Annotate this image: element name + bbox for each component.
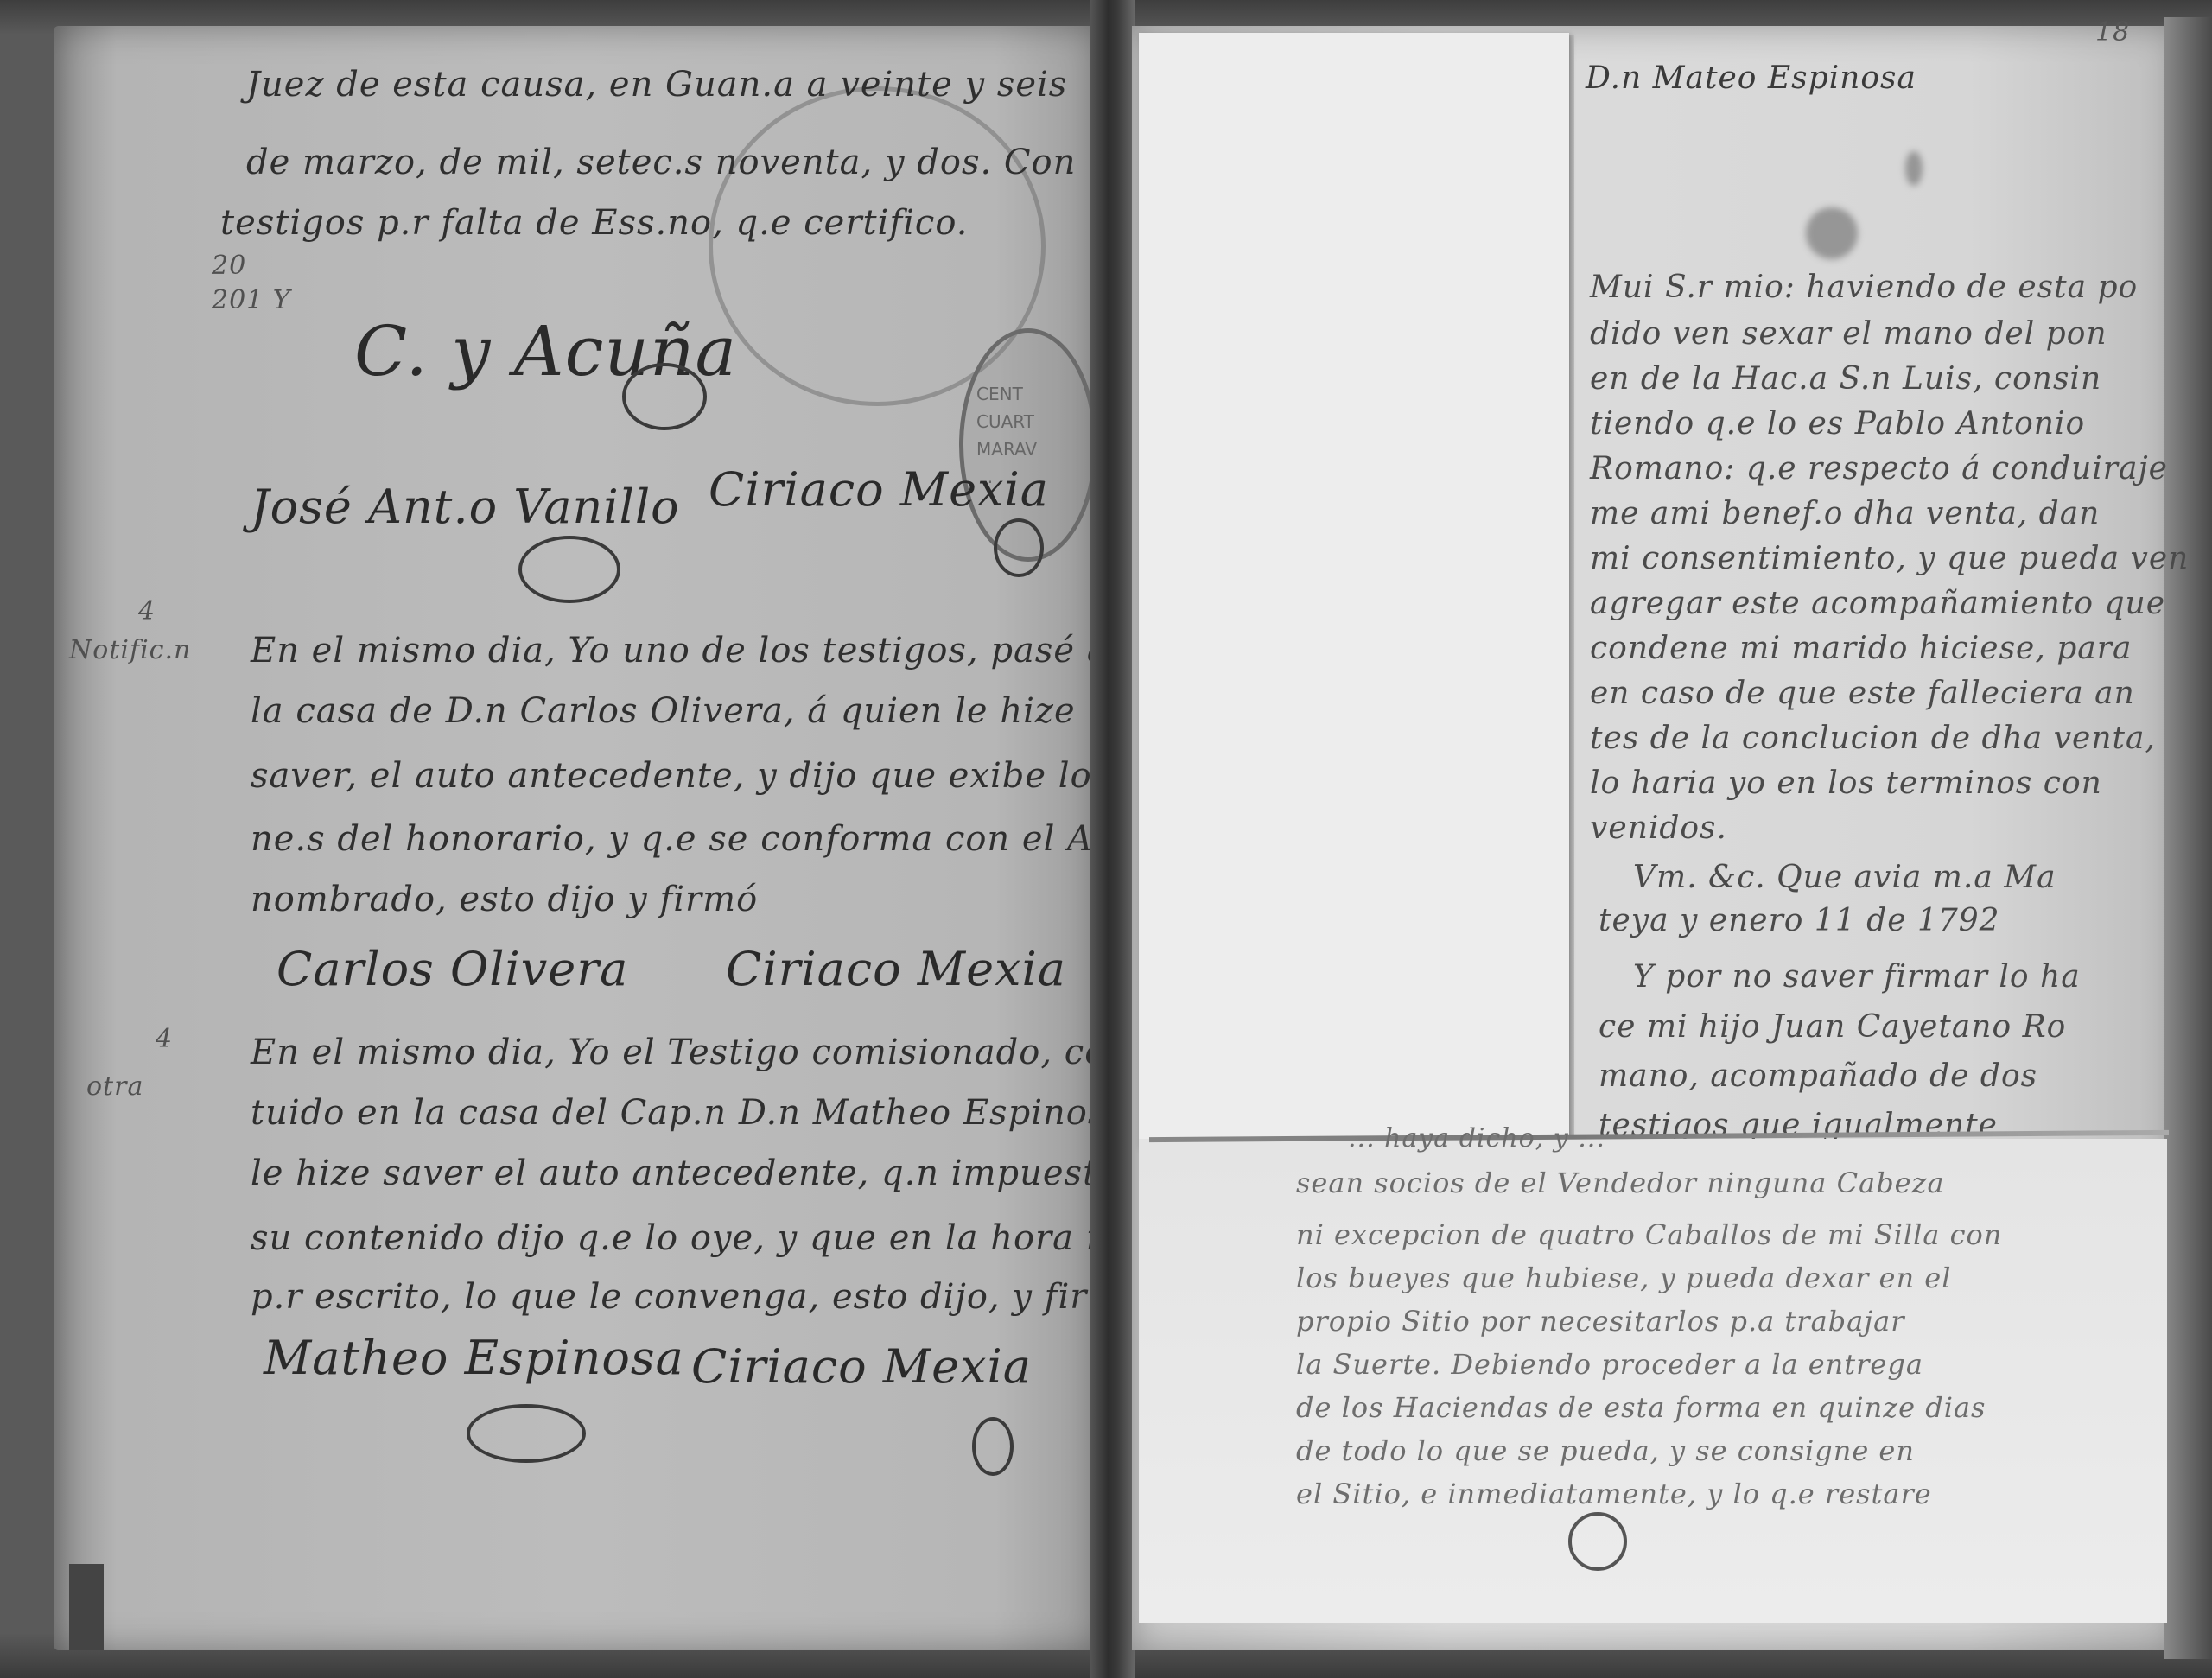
para1-line-3: saver, el auto antecedente, y dijo que e…: [251, 756, 1157, 796]
margin-note-notificacion: Notific.n: [69, 635, 191, 665]
fold-line-6: la Suerte. Debiendo proceder a la entreg…: [1296, 1348, 1923, 1381]
signature-vanillo: José Ant.o Vanillo: [251, 480, 680, 534]
left-line-1: Juez de esta causa, en Guan.a a veinte y…: [246, 65, 1067, 105]
left-line-3: testigos p.r falta de Ess.no, q.e certif…: [220, 203, 968, 243]
right-p1-line-5: Romano: q.e respecto á conduiraje: [1590, 451, 2168, 486]
fold-line-7: de los Haciendas de esta forma en quinze…: [1296, 1391, 1986, 1424]
para1-line-4: ne.s del honorario, y q.e se conforma co…: [251, 819, 1160, 859]
faded-margin-1: 20: [212, 251, 246, 281]
fold-line-3: ni excepcion de quatro Caballos de mi Si…: [1296, 1218, 2002, 1251]
book-gutter: [1090, 0, 1135, 1678]
right-p3-line-3: mano, acompañado de dos: [1599, 1058, 2037, 1094]
fold-line-9: el Sitio, e inmediatamente, y lo q.e res…: [1296, 1478, 1932, 1510]
right-header: D.n Mateo Espinosa: [1586, 60, 1916, 96]
right-p1-line-3: en de la Hac.a S.n Luis, consin: [1590, 361, 2101, 397]
faded-margin-2: 201 Y: [212, 285, 291, 315]
rubric-flourish: [467, 1404, 586, 1463]
right-p1-line-11: tes de la conclucion de dha venta,: [1590, 721, 2156, 756]
right-p1-line-7: mi consentimiento, y que pueda ven: [1590, 541, 2189, 576]
folio-number: 18: [2095, 17, 2130, 48]
rubric-flourish: [972, 1417, 1014, 1476]
fold-line-4: los bueyes que hubiese, y pueda dexar en…: [1296, 1262, 1951, 1294]
binding-tab: [69, 1564, 104, 1650]
inserted-blank-slip: [1139, 33, 1569, 1147]
fold-line-5: propio Sitio por necesitarlos p.a trabaj…: [1296, 1305, 1905, 1338]
right-p1-line-1: Mui S.r mio: haviendo de esta po: [1590, 270, 2138, 305]
right-p1-line-12: lo haria yo en los terminos con: [1590, 766, 2102, 801]
right-p1-line-4: tiendo q.e lo es Pablo Antonio: [1590, 406, 2085, 442]
fold-line-2: sean socios de el Vendedor ninguna Cabez…: [1296, 1166, 1945, 1199]
ink-stain: [1905, 151, 1923, 186]
para2-line-1: En el mismo dia, Yo el Testigo comisiona…: [251, 1033, 1148, 1072]
page-edge: [2164, 17, 2212, 1659]
fold-line-8: de todo lo que se pueda, y se consigne e…: [1296, 1434, 1915, 1467]
signature-espinosa: Matheo Espinosa: [264, 1331, 684, 1385]
para1-line-5: nombrado, esto dijo y firmó: [251, 880, 758, 919]
right-p1-line-9: condene mi marido hiciese, para: [1590, 631, 2132, 666]
right-p1-line-6: me ami benef.o dha venta, dan: [1590, 496, 2100, 531]
para1-line-2: la casa de D.n Carlos Olivera, á quien l…: [251, 691, 1076, 731]
right-p1-line-13: venidos.: [1590, 810, 1727, 846]
right-p1-line-2: dido ven sexar el mano del pon: [1590, 316, 2107, 352]
right-p2-line-1: Vm. &c. Que avia m.a Ma: [1633, 860, 2056, 895]
signature-olivera: Carlos Olivera: [276, 942, 628, 996]
right-p2-line-2: teya y enero 11 de 1792: [1599, 903, 2000, 938]
right-p1-line-10: en caso de que este falleciera an: [1590, 676, 2135, 711]
rubric-flourish: [1568, 1512, 1627, 1571]
signature-mexia-2: Ciriaco Mexia: [726, 942, 1066, 996]
signature-mexia-3: Ciriaco Mexia: [691, 1339, 1032, 1394]
right-p1-line-8: agregar este acompañamiento que: [1590, 586, 2165, 621]
left-line-2: de marzo, de mil, setec.s noventa, y dos…: [246, 143, 1076, 182]
margin-note-number-2: 4: [156, 1024, 173, 1054]
para2-line-5: p.r escrito, lo que le convenga, esto di…: [251, 1277, 1142, 1317]
rubric-flourish: [994, 518, 1044, 577]
right-p3-line-2: ce mi hijo Juan Cayetano Ro: [1599, 1009, 2066, 1045]
margin-note-number-1: 4: [138, 596, 156, 626]
rubric-flourish: [518, 536, 620, 603]
rubric-flourish: [622, 363, 707, 430]
fold-line-1: ... haya dicho, y ...: [1348, 1123, 1605, 1154]
para2-line-2: tuido en la casa del Cap.n D.n Matheo Es…: [251, 1093, 1128, 1133]
right-p3-line-1: Y por no saver firmar lo ha: [1633, 959, 2081, 995]
signature-mexia-1: Ciriaco Mexia: [709, 462, 1049, 517]
margin-note-otra: otra: [86, 1071, 143, 1102]
ink-stain: [1806, 207, 1858, 259]
para2-line-3: le hize saver el auto antecedente, q.n i…: [251, 1154, 1175, 1193]
lower-folded-section: [1139, 1139, 2167, 1623]
para1-line-1: En el mismo dia, Yo uno de los testigos,…: [251, 631, 1109, 671]
